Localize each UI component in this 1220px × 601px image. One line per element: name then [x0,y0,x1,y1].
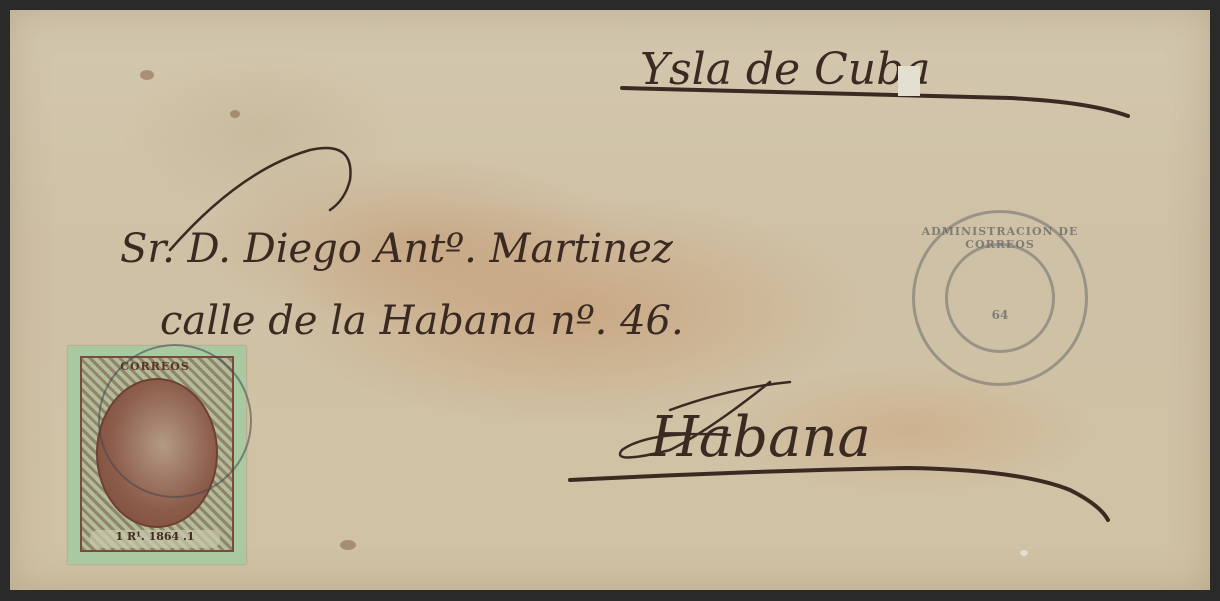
paper-tear [898,66,920,96]
stamp-value-text: 1 R¹. 1864 .1 [90,530,220,548]
addressee-line-1: Sr. D. Diego Antº. Martinez [120,226,674,272]
postmark-date: 64 [948,308,1052,322]
postage-stamp: CORREOS 1 R¹. 1864 .1 [68,346,246,564]
postmark: ADMINISTRACION DE CORREOS 64 [912,210,1088,386]
header-inscription: Ysla de Cuba [640,44,931,95]
city-inscription: Habana [649,405,871,470]
postmark-inner-ring: 64 [945,243,1055,353]
cancel-mark [98,344,252,498]
addressee-line-2: calle de la Habana nº. 46. [160,298,684,344]
